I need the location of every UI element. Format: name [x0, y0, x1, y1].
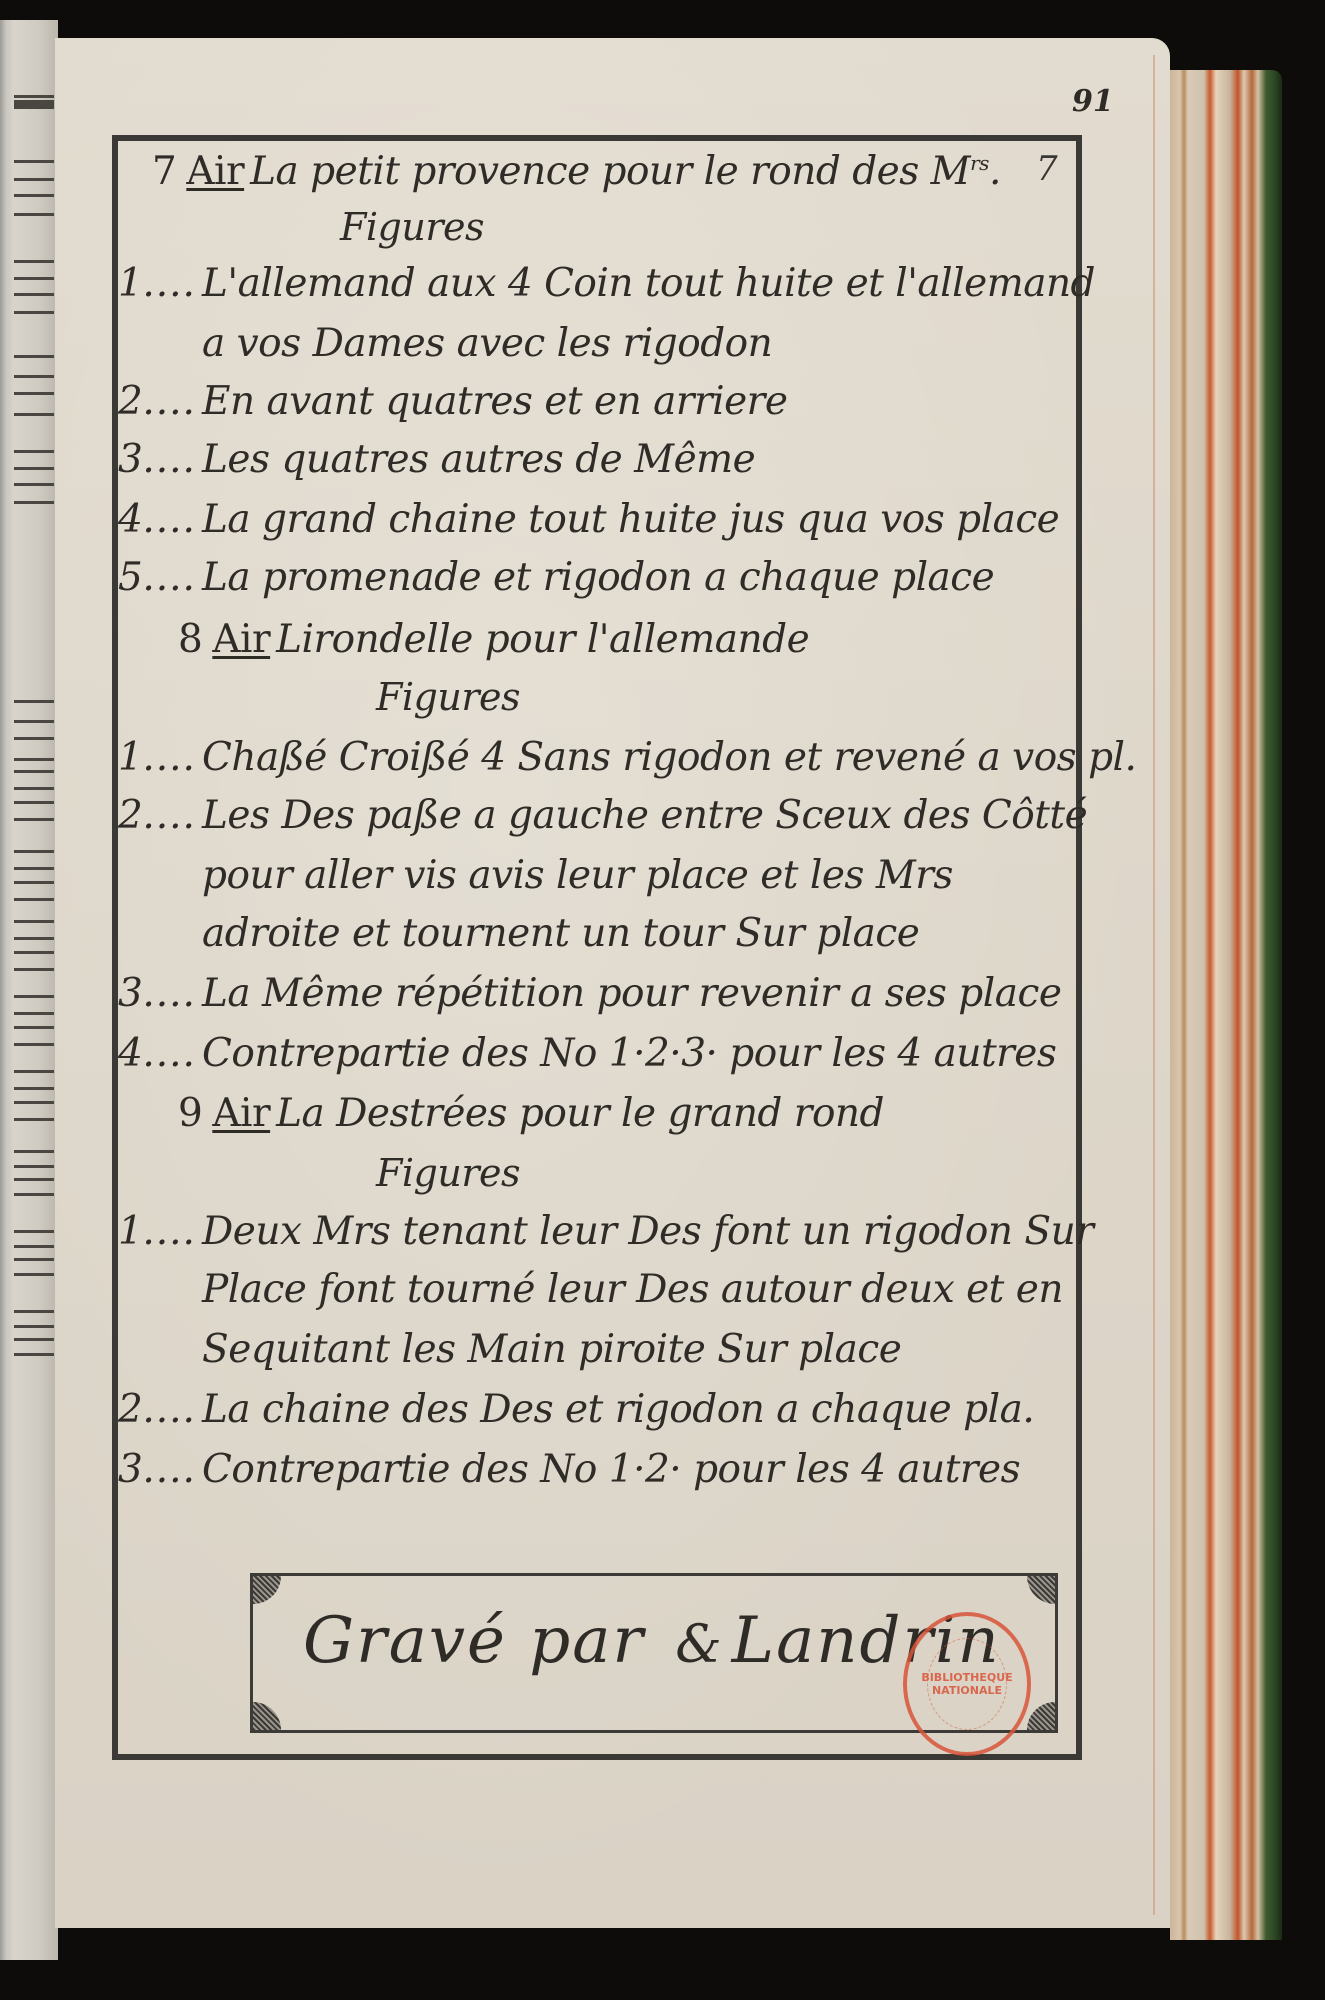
dots: ....	[142, 261, 196, 306]
figure-item-continuation: adroite et tournent un tour Sur place	[202, 911, 919, 956]
figure-number: 4....	[118, 497, 202, 542]
figure-text: Contrepartie des No 1·2· pour les 4 autr…	[202, 1447, 1020, 1492]
figure-text: La chaine des Des et rigodon a chaque pl…	[202, 1387, 1034, 1432]
corner-ornament	[253, 1702, 281, 1730]
num: 4	[118, 1031, 142, 1076]
figure-item-continuation: pour aller vis avis leur place et les Mr…	[202, 853, 953, 898]
figure-item: 3....La Même répétition pour revenir a s…	[118, 971, 1061, 1016]
figure-text: Deux Mrs tenant leur Des font un rigodon…	[202, 1209, 1093, 1254]
num: 4	[118, 497, 142, 542]
page-number: 91	[1072, 84, 1114, 119]
figure-text: La promenade et rigodon a chaque place	[202, 555, 994, 600]
figure-text: La Même répétition pour revenir a ses pl…	[202, 971, 1061, 1016]
dots: ....	[142, 971, 196, 1016]
music-staff-fragment	[14, 1230, 54, 1276]
num: 1	[118, 735, 142, 780]
music-staff-fragment	[14, 1150, 54, 1196]
figures-heading: Figures	[376, 1151, 520, 1195]
library-stamp: BIBLIOTHEQUE NATIONALE	[903, 1612, 1031, 1756]
music-staff-fragment	[14, 95, 54, 109]
num: 2	[118, 793, 142, 838]
music-staff-fragment	[14, 995, 54, 1046]
figure-number: 2....	[118, 379, 202, 424]
stamp-text: BIBLIOTHEQUE NATIONALE	[927, 1638, 1007, 1730]
figure-item: 2....Les Des paße a gauche entre Sceux d…	[118, 793, 1087, 838]
figure-item: 1....L'allemand aux 4 Coin tout huite et…	[118, 261, 1095, 306]
air-title: 9AirLa Destrées pour le grand rond	[178, 1091, 884, 1136]
figure-text: Chaßé Croißé 4 Sans rigodon et revené a …	[202, 735, 1136, 780]
figure-item-continuation: Sequitant les Main piroite Sur place	[202, 1327, 901, 1372]
figure-item: 1....Deux Mrs tenant leur Des font un ri…	[118, 1209, 1093, 1254]
num: 3	[118, 1447, 142, 1492]
signature-prefix: Gravé par	[303, 1604, 645, 1678]
figures-heading: Figures	[376, 675, 520, 719]
air-number: 8	[178, 617, 202, 662]
air-title: 7AirLa petit provence pour le rond des M…	[152, 149, 1001, 194]
figure-number: 4....	[118, 1031, 202, 1076]
num: 5	[118, 555, 142, 600]
dots: ....	[142, 497, 196, 542]
air-label: Air	[186, 149, 244, 194]
superscript: rs	[970, 151, 989, 175]
num: 1	[118, 1209, 142, 1254]
figure-number: 3....	[118, 971, 202, 1016]
num: 1	[118, 261, 142, 306]
corner-ornament	[253, 1576, 281, 1604]
figure-text: Contrepartie des No 1·2·3· pour les 4 au…	[202, 1031, 1056, 1076]
dots: ....	[142, 437, 196, 482]
music-staff-fragment	[14, 920, 54, 971]
figure-number: 2....	[118, 1387, 202, 1432]
num: 2	[118, 379, 142, 424]
dots: ....	[142, 555, 196, 600]
figure-number: 2....	[118, 793, 202, 838]
air-number: 9	[178, 1091, 202, 1136]
air-number: 7	[152, 149, 176, 194]
figure-item: 1....Chaßé Croißé 4 Sans rigodon et reve…	[118, 735, 1136, 780]
music-staff-fragment	[14, 850, 54, 901]
air-title-text: La Destrées pour le grand rond	[276, 1091, 884, 1136]
figure-item: 2....En avant quatres et en arriere	[118, 379, 787, 424]
num: 2	[118, 1387, 142, 1432]
figure-item-continuation: a vos Dames avec les rigodon	[202, 321, 772, 366]
figure-number: 3....	[118, 437, 202, 482]
figure-number: 1....	[118, 1209, 202, 1254]
figure-item: 5....La promenade et rigodon a chaque pl…	[118, 555, 994, 600]
figure-text: L'allemand aux 4 Coin tout huite et l'al…	[202, 261, 1095, 306]
dots: ....	[142, 735, 196, 780]
figures-heading: Figures	[340, 205, 484, 249]
figure-text: La grand chaine tout huite jus qua vos p…	[202, 497, 1059, 542]
figure-text: En avant quatres et en arriere	[202, 379, 787, 424]
air-title: 8AirLirondelle pour l'allemande	[178, 617, 809, 662]
figure-number: 1....	[118, 735, 202, 780]
dots: ....	[142, 1447, 196, 1492]
previous-page-edge	[0, 20, 58, 1960]
engraver-signature: Gravé par &Landrin	[303, 1604, 1001, 1678]
air-label: Air	[212, 1091, 270, 1136]
music-staff-fragment	[14, 770, 54, 821]
num: 3	[118, 437, 142, 482]
corner-ornament	[1027, 1576, 1055, 1604]
page-edge-line	[1153, 55, 1155, 1915]
figure-item: 4....Contrepartie des No 1·2·3· pour les…	[118, 1031, 1056, 1076]
figure-number: 3....	[118, 1447, 202, 1492]
dots: ....	[142, 793, 196, 838]
dots: ....	[142, 1387, 196, 1432]
plate-number: 7	[1036, 149, 1058, 189]
air-title-text: Lirondelle pour l'allemande	[276, 617, 809, 662]
num: 3	[118, 971, 142, 1016]
music-staff-fragment	[14, 450, 54, 504]
air-label: Air	[212, 617, 270, 662]
figure-item: 2....La chaine des Des et rigodon a chaq…	[118, 1387, 1034, 1432]
figure-item: 3....Les quatres autres de Même	[118, 437, 755, 482]
engraved-frame: 7 7AirLa petit provence pour le rond des…	[112, 135, 1082, 1760]
corner-ornament	[1027, 1702, 1055, 1730]
music-staff-fragment	[14, 160, 54, 216]
figure-number: 1....	[118, 261, 202, 306]
music-staff-fragment	[14, 260, 54, 314]
music-staff-fragment	[14, 355, 54, 416]
air-title-text: La petit provence pour le rond des M	[250, 149, 970, 194]
figure-number: 5....	[118, 555, 202, 600]
figure-item: 4....La grand chaine tout huite jus qua …	[118, 497, 1059, 542]
dots: ....	[142, 1031, 196, 1076]
flourish-ornament-icon: &	[675, 1615, 723, 1675]
dots: ....	[142, 1209, 196, 1254]
book-page-edges	[1170, 70, 1282, 1940]
figure-text: Les quatres autres de Même	[202, 437, 755, 482]
dots: ....	[142, 379, 196, 424]
music-staff-fragment	[14, 1070, 54, 1121]
figure-text: Les Des paße a gauche entre Sceux des Cô…	[202, 793, 1087, 838]
music-staff-fragment	[14, 700, 54, 761]
figure-item-continuation: Place font tourné leur Des autour deux e…	[202, 1267, 1063, 1312]
figure-item: 3....Contrepartie des No 1·2· pour les 4…	[118, 1447, 1020, 1492]
music-staff-fragment	[14, 1310, 54, 1356]
